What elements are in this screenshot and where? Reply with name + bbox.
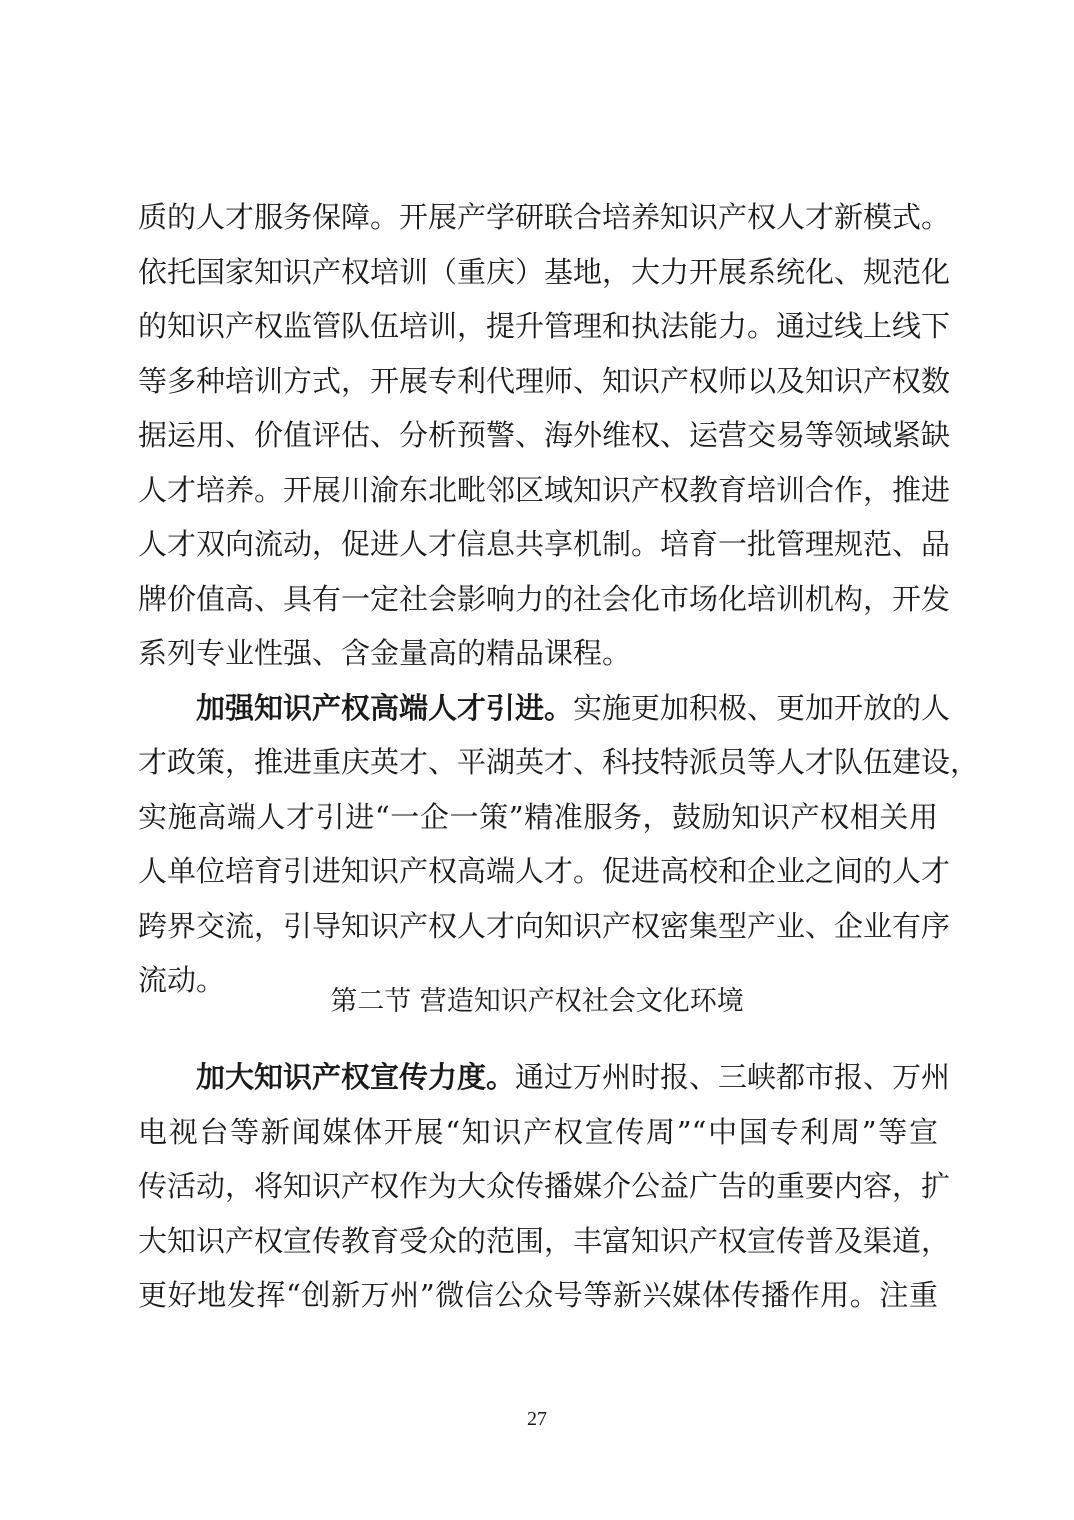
text-line: 电视台等新闻媒体开展“知识产权宣传周”“中国专利周”等宣 — [138, 1105, 938, 1160]
section-heading: 第二节 营造知识产权社会文化环境 — [0, 980, 1074, 1024]
document-body: 质的人才服务保障。开展产学研联合培养知识产权人才新模式。 依托国家知识产权培训（… — [138, 190, 938, 1008]
text-line: 人才培养。开展川渝东北毗邻区域知识产权教育培训合作，推进 — [138, 463, 938, 518]
paragraph-lead-bold: 加强知识产权高端人才引进。 — [196, 691, 573, 725]
text-line: 系列专业性强、含金量高的精品课程。 — [138, 626, 938, 681]
paragraph-high-end-talent: 加强知识产权高端人才引进。实施更加积极、更加开放的人 才政策，推进重庆英才、平湖… — [138, 681, 938, 1008]
text-line: 更好地发挥“创新万州”微信公众号等新兴媒体传播作用。注重 — [138, 1268, 938, 1323]
text-line: 牌价值高、具有一定社会影响力的社会化市场化培训机构，开发 — [138, 572, 938, 627]
text-line: 质的人才服务保障。开展产学研联合培养知识产权人才新模式。 — [138, 190, 938, 245]
text-line: 据运用、价值评估、分析预警、海外维权、运营交易等领域紧缺 — [138, 408, 938, 463]
paragraph-lead-bold: 加大知识产权宣传力度。 — [196, 1060, 515, 1094]
text-span: 通过万州时报、三峡都市报、万州 — [515, 1060, 950, 1094]
text-line: 的知识产权监管队伍培训，提升管理和执法能力。通过线上线下 — [138, 299, 938, 354]
text-line: 加大知识产权宣传力度。通过万州时报、三峡都市报、万州 — [138, 1050, 938, 1105]
page-number: 27 — [0, 1408, 1074, 1431]
text-span: 实施更加积极、更加开放的人 — [573, 691, 950, 725]
paragraph-ip-publicity: 加大知识产权宣传力度。通过万州时报、三峡都市报、万州 电视台等新闻媒体开展“知识… — [138, 1050, 938, 1323]
text-line: 人单位培育引进知识产权高端人才。促进高校和企业之间的人才 — [138, 844, 938, 899]
text-line: 才政策，推进重庆英才、平湖英才、科技特派员等人才队伍建设， — [138, 735, 938, 790]
text-line: 加强知识产权高端人才引进。实施更加积极、更加开放的人 — [138, 681, 938, 736]
text-line: 等多种培训方式，开展专利代理师、知识产权师以及知识产权数 — [138, 354, 938, 409]
text-line: 大知识产权宣传教育受众的范围，丰富知识产权宣传普及渠道， — [138, 1214, 938, 1269]
text-line: 实施高端人才引进“一企一策”精准服务，鼓励知识产权相关用 — [138, 790, 938, 845]
text-line: 跨界交流，引导知识产权人才向知识产权密集型产业、企业有序 — [138, 899, 938, 954]
text-line: 人才双向流动，促进人才信息共享机制。培育一批管理规范、品 — [138, 517, 938, 572]
text-line: 依托国家知识产权培训（重庆）基地，大力开展系统化、规范化 — [138, 245, 938, 300]
text-line: 传活动，将知识产权作为大众传播媒介公益广告的重要内容，扩 — [138, 1159, 938, 1214]
paragraph-talent-training: 质的人才服务保障。开展产学研联合培养知识产权人才新模式。 依托国家知识产权培训（… — [138, 190, 938, 681]
